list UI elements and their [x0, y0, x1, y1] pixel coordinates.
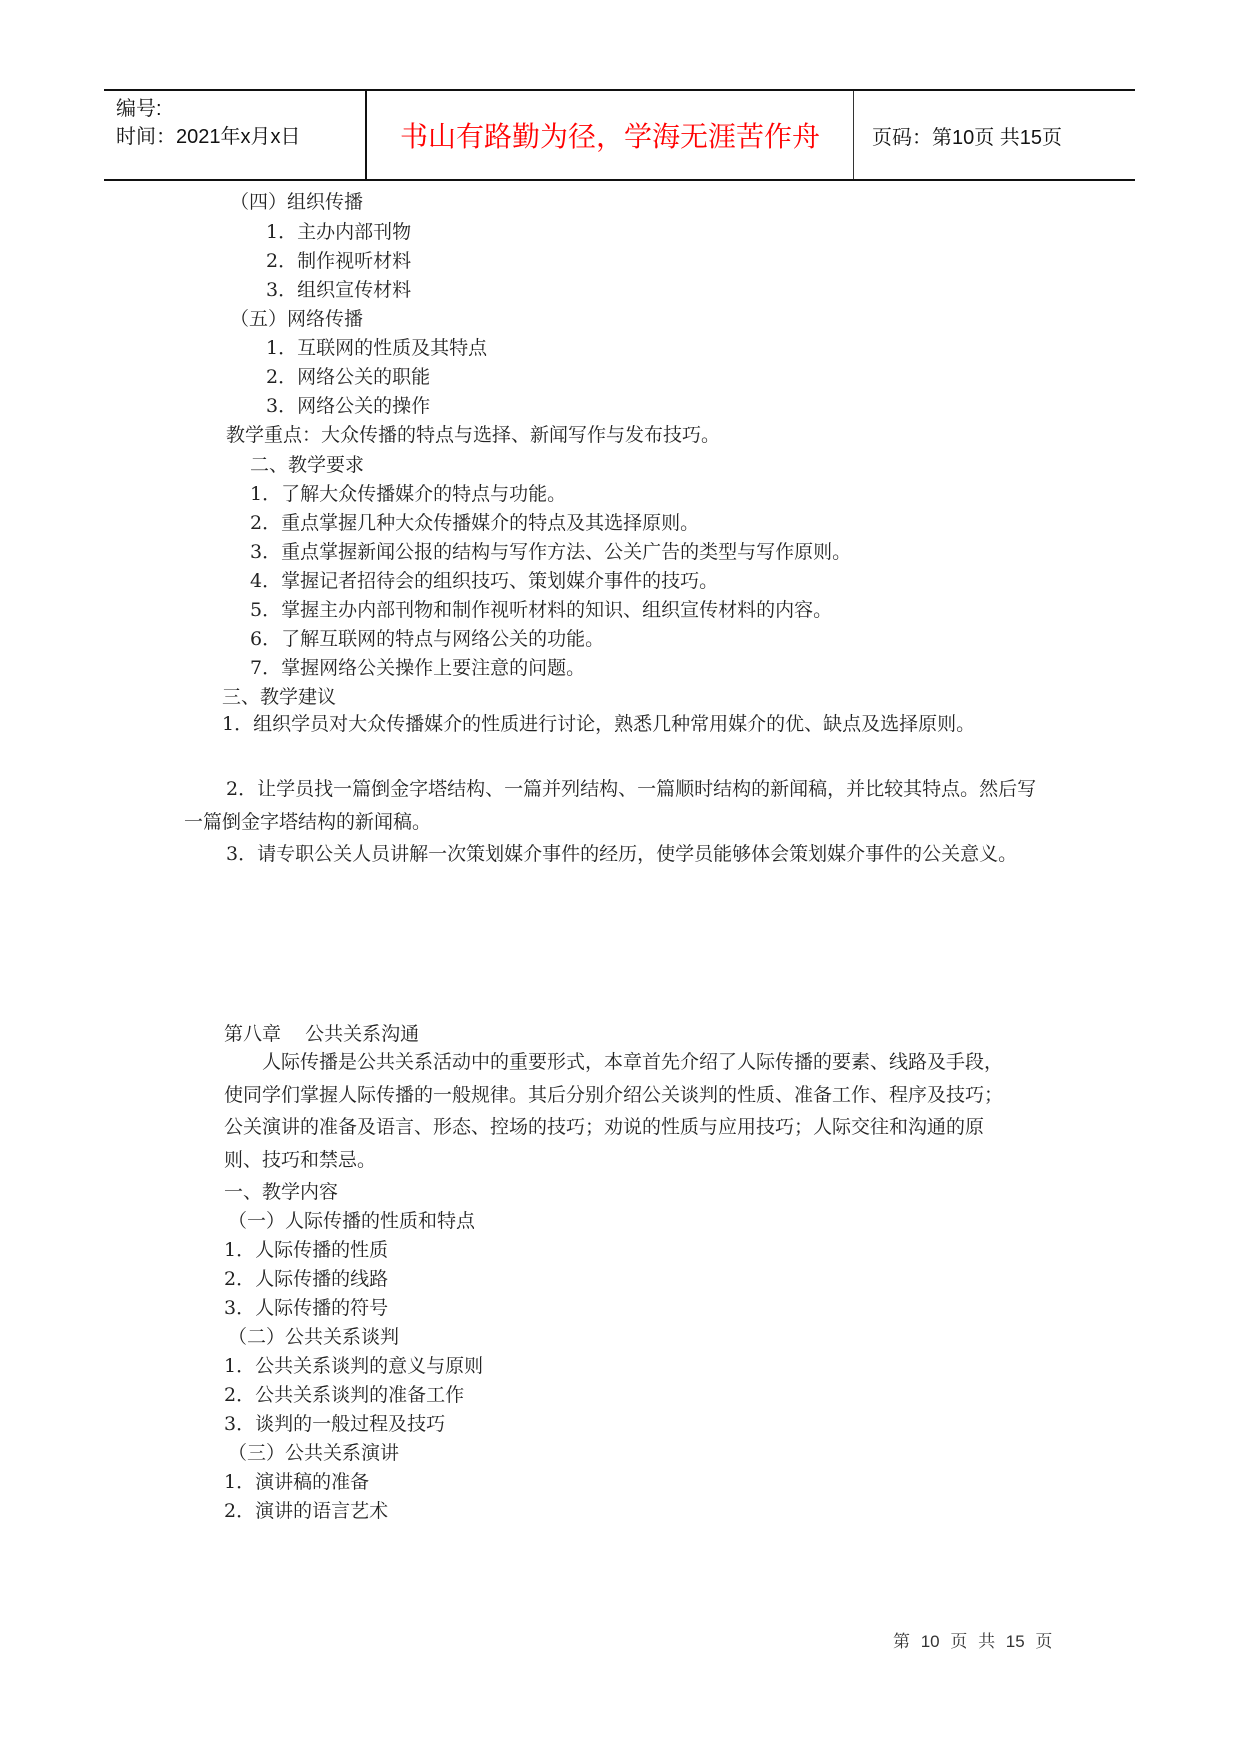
section-heading: （二）公共关系谈判 [228, 1325, 399, 1349]
list-item: 1．互联网的性质及其特点 [266, 336, 487, 360]
list-item: 2．制作视听材料 [266, 249, 411, 273]
list-item: 3．重点掌握新闻公报的结构与写作方法、公关广告的类型与写作原则。 [250, 540, 851, 564]
header-page-cell: 页码：第10页 共15页 [854, 91, 1135, 179]
section-heading: 一、教学内容 [224, 1180, 338, 1204]
paragraph: 1．组织学员对大众传播媒介的性质进行讨论，熟悉几种常用媒介的优、缺点及选择原则。 [184, 708, 1054, 741]
list-item: 3．谈判的一般过程及技巧 [224, 1412, 445, 1436]
motto-text: 书山有路勤为径，学海无涯苦作舟 [400, 115, 820, 155]
list-item: 2．演讲的语言艺术 [224, 1499, 388, 1523]
list-item: 4．掌握记者招待会的组织技巧、策划媒介事件的技巧。 [250, 569, 718, 593]
section-heading: （一）人际传播的性质和特点 [228, 1209, 475, 1233]
header-motto-cell: 书山有路勤为径，学海无涯苦作舟 [367, 91, 854, 179]
list-item: 3．组织宣传材料 [266, 278, 411, 302]
section-heading: 二、教学要求 [250, 453, 364, 477]
list-item: 1．演讲稿的准备 [224, 1470, 369, 1494]
date-label: 时间：2021年x月x日 [116, 123, 365, 151]
list-item: 2．公共关系谈判的准备工作 [224, 1383, 464, 1407]
page-info: 页码：第10页 共15页 [872, 121, 1062, 150]
list-item: 1．了解大众传播媒介的特点与功能。 [250, 482, 566, 506]
list-item: 3．人际传播的符号 [224, 1296, 388, 1320]
header-meta-cell: 编号: 时间：2021年x月x日 [104, 91, 367, 179]
chapter-title: 第八章 公共关系沟通 [224, 1022, 419, 1046]
list-item: 1．主办内部刊物 [266, 220, 411, 244]
list-item: 2．人际传播的线路 [224, 1267, 388, 1291]
chapter-intro: 人际传播是公共关系活动中的重要形式，本章首先介绍了人际传播的要素、线路及手段，使… [224, 1046, 1014, 1176]
serial-number-label: 编号: [116, 95, 365, 123]
list-item: 5．掌握主办内部刊物和制作视听材料的知识、组织宣传材料的内容。 [250, 598, 832, 622]
list-item: 1．公共关系谈判的意义与原则 [224, 1354, 483, 1378]
page-header-table: 编号: 时间：2021年x月x日 书山有路勤为径，学海无涯苦作舟 页码：第10页… [104, 89, 1135, 181]
list-item: 2．网络公关的职能 [266, 365, 430, 389]
list-item: 3．网络公关的操作 [266, 394, 430, 418]
list-item: 7．掌握网络公关操作上要注意的问题。 [250, 656, 585, 680]
section-heading: （三）公共关系演讲 [228, 1441, 399, 1465]
list-item: 6．了解互联网的特点与网络公关的功能。 [250, 627, 604, 651]
section-heading: （四）组织传播 [230, 190, 363, 214]
teaching-focus: 教学重点：大众传播的特点与选择、新闻写作与发布技巧。 [226, 423, 720, 447]
list-item: 2．重点掌握几种大众传播媒介的特点及其选择原则。 [250, 511, 699, 535]
paragraph: 2．让学员找一篇倒金字塔结构、一篇并列结构、一篇顺时结构的新闻稿，并比较其特点。… [184, 773, 1054, 838]
section-heading: 三、教学建议 [222, 685, 336, 709]
list-item: 1．人际传播的性质 [224, 1238, 388, 1262]
section-heading: （五）网络传播 [230, 307, 363, 331]
paragraph: 3．请专职公关人员讲解一次策划媒介事件的经历，使学员能够体会策划媒介事件的公关意… [184, 838, 1054, 871]
page-footer: 第 10 页 共 15 页 [893, 1627, 1052, 1652]
